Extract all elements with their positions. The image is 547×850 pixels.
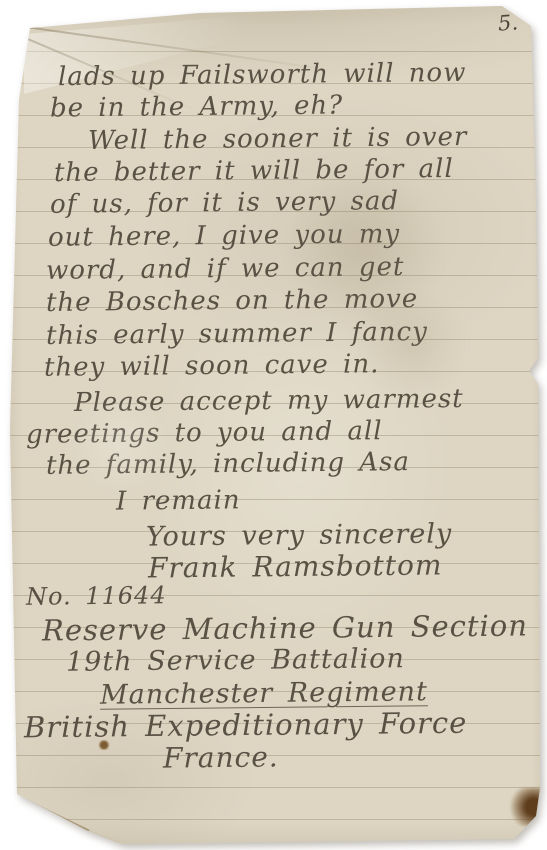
scanned-letter-photo: 5. lads up Failsworth will nowbe in the … <box>0 0 547 850</box>
handwritten-line: be in the Army, eh? <box>50 92 343 121</box>
handwritten-line: Manchester Regiment <box>100 678 428 708</box>
handwritten-line: I remain <box>116 487 241 514</box>
handwritten-line: Well the sooner it is over <box>88 124 468 154</box>
page-number: 5. <box>497 10 519 35</box>
paper-highlight <box>60 400 180 490</box>
handwritten-line: No. 11644 <box>26 583 167 608</box>
handwritten-line: lads up Failsworth will now <box>58 60 467 90</box>
rust-stain <box>510 788 542 826</box>
handwritten-line: Yours very sincerely <box>146 520 452 550</box>
handwritten-line: Reserve Machine Gun Section <box>42 611 528 645</box>
handwritten-line: Frank Ramsbottom <box>148 551 443 582</box>
handwritten-line: 19th Service Battalion <box>66 645 405 676</box>
dog-ear-fold <box>12 792 124 846</box>
handwritten-line: British Expeditionary Force <box>24 709 468 743</box>
ink-stain <box>98 740 110 750</box>
handwritten-line: they will soon cave in. <box>44 351 380 381</box>
letter-paper-shadow: 5. lads up Failsworth will nowbe in the … <box>0 0 547 850</box>
handwritten-line: France. <box>163 743 279 772</box>
letter-paper: 5. lads up Failsworth will nowbe in the … <box>0 0 547 850</box>
paper-smudge <box>345 295 475 395</box>
